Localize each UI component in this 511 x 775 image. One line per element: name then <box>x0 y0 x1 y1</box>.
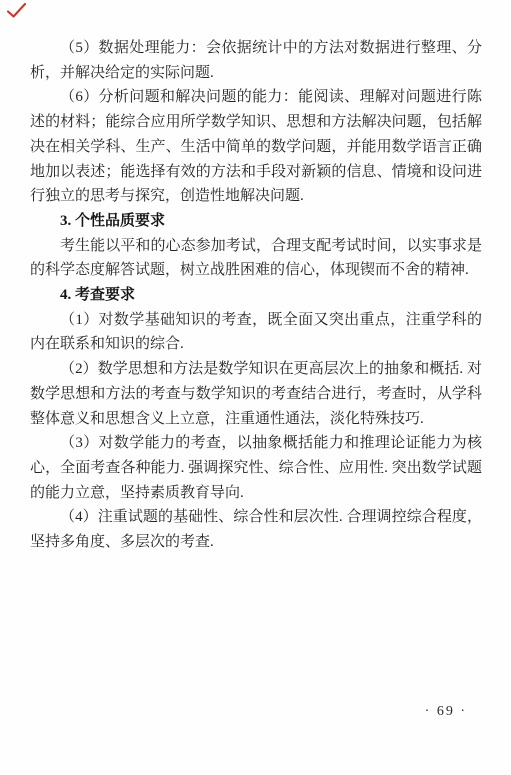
page-content: （5）数据处理能力：会依据统计中的方法对数据进行整理、分析，并解决给定的实际问题… <box>30 36 482 555</box>
heading-exam-requirements: 4. 考查要求 <box>30 283 482 308</box>
heading-personality-quality: 3. 个性品质要求 <box>30 209 482 234</box>
paragraph-requirement-3: （3）对数学能力的考查，以抽象概括能力和推理论证能力为核心，全面考查各种能力. … <box>30 431 482 505</box>
document-page: （5）数据处理能力：会依据统计中的方法对数据进行整理、分析，并解决给定的实际问题… <box>0 0 511 775</box>
paragraph-requirement-1: （1）对数学基础知识的考查，既全面又突出重点，注重学科的内在联系和知识的综合. <box>30 308 482 357</box>
paragraph-requirement-4: （4）注重试题的基础性、综合性和层次性. 合理调控综合程度，坚持多角度、多层次的… <box>30 505 482 554</box>
paragraph-ability-6: （6）分析问题和解决问题的能力：能阅读、理解对问题进行陈述的材料；能综合应用所学… <box>30 85 482 209</box>
paragraph-personality-quality: 考生能以平和的心态参加考试，合理支配考试时间，以实事求是的科学态度解答试题，树立… <box>30 234 482 283</box>
paragraph-requirement-2: （2）数学思想和方法是数学知识在更高层次上的抽象和概括. 对数学思想和方法的考查… <box>30 357 482 431</box>
page-number: · 69 · <box>425 704 467 720</box>
paragraph-ability-5: （5）数据处理能力：会依据统计中的方法对数据进行整理、分析，并解决给定的实际问题… <box>30 36 482 85</box>
red-checkmark-icon <box>6 2 28 20</box>
